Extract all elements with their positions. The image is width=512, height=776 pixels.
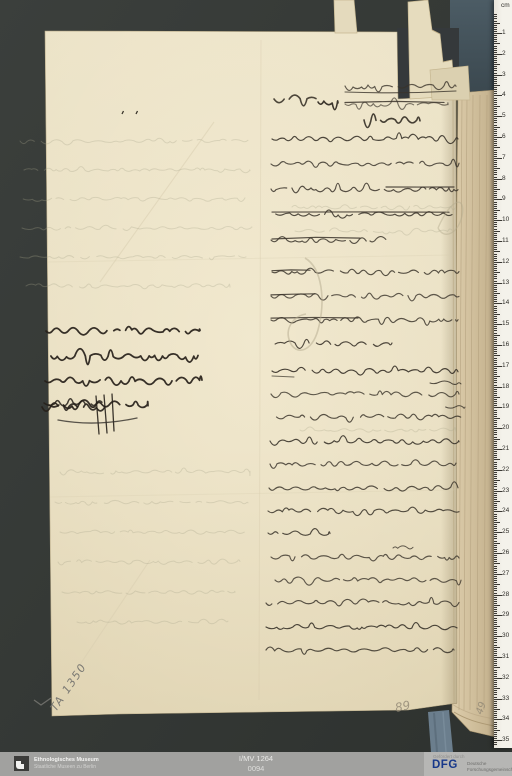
ruler-tick: [494, 266, 497, 267]
ruler-tick: [494, 717, 497, 718]
ruler-number: 16: [502, 342, 509, 349]
ruler-tick: [494, 362, 497, 363]
ruler-tick: [494, 278, 497, 279]
ruler-tick: [494, 368, 497, 369]
ruler-tick: [494, 434, 497, 435]
ruler-tick: [494, 680, 497, 681]
ruler-tick: [494, 638, 497, 639]
ruler-tick: [494, 728, 497, 729]
ruler-tick: [494, 95, 502, 96]
ruler-tick: [494, 661, 497, 662]
ruler-tick: [494, 588, 497, 589]
ruler-tick: [494, 570, 497, 571]
ruler-tick: [494, 220, 502, 221]
ruler-number: 29: [502, 612, 509, 619]
ruler-tick: [494, 509, 497, 510]
ruler-tick: [494, 522, 500, 523]
ruler-tick: [494, 106, 500, 107]
ruler-tick: [494, 70, 497, 71]
ruler-tick: [494, 110, 497, 111]
ruler-tick: [494, 91, 497, 92]
ruler-number: 11: [502, 238, 509, 245]
ruler: cm 1234567891011121314151617181920212223…: [494, 0, 512, 748]
ruler-tick: [494, 295, 497, 296]
footer-bar: Ethnologisches Museum Staatliche Museen …: [0, 752, 512, 776]
ruler-tick: [494, 52, 497, 53]
ruler-tick: [494, 688, 500, 689]
ruler-tick: [494, 118, 497, 119]
ruler-tick: [494, 87, 497, 88]
ruler-number: 23: [502, 488, 509, 495]
ruler-tick: [494, 287, 497, 288]
ruler-tick: [494, 50, 497, 51]
ruler-number: 32: [502, 675, 509, 682]
ruler-tick: [494, 507, 497, 508]
ruler-tick: [494, 478, 497, 479]
ruler-number: 6: [502, 134, 506, 141]
ruler-tick: [494, 393, 497, 394]
ruler-tick: [494, 202, 497, 203]
ruler-tick: [494, 449, 502, 450]
ruler-tick: [494, 405, 497, 406]
ruler-tick: [494, 229, 497, 230]
ruler-tick: [494, 474, 497, 475]
ruler-tick: [494, 314, 500, 315]
ruler-tick: [494, 60, 497, 61]
ruler-tick: [494, 620, 497, 621]
ruler-tick: [494, 37, 497, 38]
ruler-tick: [494, 120, 497, 121]
ruler-tick: [494, 709, 500, 710]
ruler-tick: [494, 177, 497, 178]
ruler-tick: [494, 179, 502, 180]
funder-name: Deutsche Forschungsgemeinschaft: [467, 761, 512, 772]
ruler-tick: [494, 659, 497, 660]
ruler-tick: [494, 649, 497, 650]
book-ribbon: [428, 710, 453, 752]
ruler-tick: [494, 168, 500, 169]
ruler-tick: [494, 89, 497, 90]
ruler-tick: [494, 724, 497, 725]
ruler-tick: [494, 39, 497, 40]
ruler-tick: [494, 199, 502, 200]
ruler-tick: [494, 16, 497, 17]
ruler-tick: [494, 27, 497, 28]
ruler-tick: [494, 239, 497, 240]
ruler-tick: [494, 156, 497, 157]
ruler-tick: [494, 547, 497, 548]
ruler-tick: [494, 645, 497, 646]
ruler-tick: [494, 655, 497, 656]
ruler-number: 31: [502, 654, 509, 661]
ruler-tick: [494, 135, 497, 136]
ruler-tick: [494, 410, 497, 411]
ruler-tick: [494, 553, 502, 554]
ruler-tick: [494, 127, 500, 128]
ruler-tick: [494, 601, 497, 602]
ruler-tick: [494, 468, 497, 469]
ruler-number: 7: [502, 155, 506, 162]
ruler-tick: [494, 407, 502, 408]
ruler-tick: [494, 470, 502, 471]
ruler-number: 10: [502, 217, 509, 224]
ruler-tick: [494, 328, 497, 329]
ruler-tick: [494, 43, 500, 44]
ruler-tick: [494, 131, 497, 132]
ruler-tick: [494, 707, 497, 708]
ruler-tick: [494, 133, 497, 134]
ruler-tick: [494, 154, 497, 155]
ruler-tick: [494, 366, 502, 367]
ruler-tick: [494, 451, 497, 452]
ruler-tick: [494, 172, 497, 173]
ruler-tick: [494, 208, 497, 209]
ruler-tick: [494, 445, 497, 446]
ruler-tick: [494, 233, 497, 234]
ruler-tick: [494, 663, 497, 664]
ruler-tick: [494, 640, 497, 641]
ruler-tick: [494, 555, 497, 556]
ruler-tick: [494, 374, 497, 375]
ruler-tick: [494, 520, 497, 521]
ruler-tick: [494, 549, 497, 550]
ruler-tick: [494, 624, 497, 625]
ruler-number: 8: [502, 176, 506, 183]
ruler-tick: [494, 722, 497, 723]
ruler-tick: [494, 678, 502, 679]
ruler-tick: [494, 264, 497, 265]
ruler-tick: [494, 170, 497, 171]
ruler-tick: [494, 426, 497, 427]
ruler-tick: [494, 226, 497, 227]
ruler-tick: [494, 56, 497, 57]
ruler-tick: [494, 489, 497, 490]
ruler-tick: [494, 503, 497, 504]
ruler-tick: [494, 345, 502, 346]
ruler-tick: [494, 516, 497, 517]
ruler-tick: [494, 424, 497, 425]
ruler-tick: [494, 605, 500, 606]
ruler-tick: [494, 713, 497, 714]
ruler-tick: [494, 603, 497, 604]
ruler-number: 14: [502, 300, 509, 307]
ruler-tick: [494, 715, 497, 716]
ruler-tick: [494, 580, 497, 581]
ruler-tick: [494, 611, 497, 612]
ruler-tick: [494, 511, 502, 512]
ruler-tick: [494, 437, 497, 438]
ruler-tick: [494, 744, 497, 745]
ruler-tick: [494, 416, 497, 417]
ruler-number: 21: [502, 446, 509, 453]
ruler-tick: [494, 193, 497, 194]
ruler-tick: [494, 576, 497, 577]
ruler-tick: [494, 686, 497, 687]
ruler-tick: [494, 582, 497, 583]
ruler-tick: [494, 293, 500, 294]
ruler-tick: [494, 430, 497, 431]
ruler-tick: [494, 482, 497, 483]
ruler-tick: [494, 578, 497, 579]
ruler-tick: [494, 742, 497, 743]
ruler-tick: [494, 530, 497, 531]
ruler-tick: [494, 216, 497, 217]
ruler-tick: [494, 397, 500, 398]
ruler-tick: [494, 245, 497, 246]
ruler-tick: [494, 335, 500, 336]
ruler-tick: [494, 54, 502, 55]
ruler-tick: [494, 480, 500, 481]
ruler-tick: [494, 204, 497, 205]
ruler-tick: [494, 164, 497, 165]
ruler-tick: [494, 112, 497, 113]
ruler-tick: [494, 283, 502, 284]
ruler-tick: [494, 73, 497, 74]
ruler-tick: [494, 453, 497, 454]
ruler-tick: [494, 401, 497, 402]
ruler-tick: [494, 380, 497, 381]
ruler-tick: [494, 378, 497, 379]
ruler-tick: [494, 81, 497, 82]
ruler-tick: [494, 432, 497, 433]
ruler-tick: [494, 21, 497, 22]
ruler-tick: [494, 235, 497, 236]
ruler-tick: [494, 730, 500, 731]
ruler-tick: [494, 46, 497, 47]
ruler-tick: [494, 626, 500, 627]
ruler-tick: [494, 634, 497, 635]
ruler-tick: [494, 231, 500, 232]
ruler-tick: [494, 387, 502, 388]
ruler-tick: [494, 618, 497, 619]
ruler-number: 20: [502, 425, 509, 432]
ruler-number: 4: [502, 92, 506, 99]
ruler-tick: [494, 122, 497, 123]
ruler-tick: [494, 609, 497, 610]
ruler-tick: [494, 584, 500, 585]
ruler-tick: [494, 518, 497, 519]
ruler-number: 5: [502, 113, 506, 120]
ruler-tick: [494, 162, 497, 163]
ruler-tick: [494, 262, 502, 263]
ruler-tick: [494, 632, 497, 633]
ruler-tick: [494, 129, 497, 130]
ruler-tick: [494, 391, 497, 392]
ruler-tick: [494, 326, 497, 327]
ruler-tick: [494, 376, 500, 377]
ruler-tick: [494, 441, 497, 442]
ruler-tick: [494, 455, 497, 456]
ruler-tick: [494, 551, 497, 552]
ruler-tick: [494, 347, 497, 348]
ruler-tick: [494, 224, 497, 225]
ruler-number: 2: [502, 51, 506, 58]
ruler-tick: [494, 260, 497, 261]
ruler-tick: [494, 25, 497, 26]
ruler-tick: [494, 447, 497, 448]
ruler-tick: [494, 276, 497, 277]
ruler-tick: [494, 330, 497, 331]
ruler-tick: [494, 590, 497, 591]
ruler-tick: [494, 291, 497, 292]
ruler-tick: [494, 595, 502, 596]
ruler-number: 3: [502, 72, 506, 79]
ruler-tick: [494, 566, 497, 567]
ruler-tick: [494, 206, 497, 207]
ruler-tick: [494, 382, 497, 383]
ruler-tick: [494, 41, 497, 42]
ruler-tick: [494, 212, 497, 213]
ruler-tick: [494, 58, 497, 59]
ruler-tick: [494, 672, 497, 673]
ruler-tick: [494, 139, 497, 140]
ruler-tick: [494, 476, 497, 477]
ruler-tick: [494, 495, 497, 496]
ruler-tick: [494, 351, 497, 352]
ruler-tick: [494, 114, 497, 115]
ruler-tick: [494, 670, 497, 671]
ruler-tick: [494, 285, 497, 286]
ruler-tick: [494, 734, 497, 735]
ruler-tick: [494, 740, 502, 741]
ruler-tick: [494, 349, 497, 350]
ruler-tick: [494, 561, 497, 562]
ruler-tick: [494, 152, 497, 153]
ruler-tick: [494, 160, 497, 161]
ruler-tick: [494, 29, 497, 30]
ruler-tick: [494, 653, 497, 654]
ruler-tick: [494, 726, 497, 727]
ruler-tick: [494, 667, 500, 668]
ruler-tick: [494, 251, 500, 252]
ruler-tick: [494, 395, 497, 396]
ruler-tick: [494, 270, 497, 271]
digitized-manuscript-view: TA 1350 89 49 cm 12345678910111213141516…: [0, 0, 512, 776]
ruler-tick: [494, 694, 497, 695]
ruler-tick: [494, 64, 500, 65]
ruler-tick: [494, 66, 497, 67]
ruler-tick: [494, 281, 497, 282]
ruler-tick: [494, 308, 497, 309]
ruler-tick: [494, 532, 502, 533]
ruler-tick: [494, 187, 497, 188]
funding-panel: Gefördert durch DFG Deutsche Forschungsg…: [424, 752, 512, 776]
ruler-tick: [494, 318, 497, 319]
ruler-tick: [494, 428, 502, 429]
ruler-tick: [494, 183, 497, 184]
ruler-number: 26: [502, 550, 509, 557]
ruler-tick: [494, 599, 497, 600]
ruler-tick: [494, 358, 497, 359]
ruler-tick: [494, 505, 497, 506]
ruler-number: 30: [502, 633, 509, 640]
ruler-tick: [494, 210, 500, 211]
ruler-tick: [494, 524, 497, 525]
ruler-tick: [494, 79, 497, 80]
ruler-tick: [494, 628, 497, 629]
ruler-number: 34: [502, 716, 509, 723]
ruler-tick: [494, 218, 497, 219]
ruler-tick: [494, 676, 497, 677]
ruler-tick: [494, 568, 497, 569]
ruler-tick: [494, 116, 502, 117]
ruler-tick: [494, 364, 497, 365]
ruler-number: 15: [502, 321, 509, 328]
ruler-tick: [494, 586, 497, 587]
ruler-number: 28: [502, 592, 509, 599]
ruler-tick: [494, 274, 497, 275]
ruler-tick: [494, 420, 497, 421]
ruler-tick: [494, 630, 497, 631]
ruler-tick: [494, 403, 497, 404]
ruler-tick: [494, 247, 497, 248]
ruler-tick: [494, 697, 497, 698]
ruler-tick: [494, 493, 497, 494]
ruler-tick: [494, 158, 502, 159]
ruler-tick: [494, 189, 500, 190]
ruler-tick: [494, 360, 497, 361]
ruler-tick: [494, 572, 497, 573]
ruler-tick: [494, 418, 500, 419]
ruler-tick: [494, 657, 502, 658]
dfg-logo: DFG: [432, 759, 458, 771]
ruler-tick: [494, 310, 497, 311]
manuscript-page: [45, 31, 457, 716]
ruler-tick: [494, 674, 497, 675]
ruler-tick: [494, 514, 497, 515]
ruler-tick: [494, 333, 497, 334]
ruler-tick: [494, 195, 497, 196]
ruler-tick: [494, 31, 497, 32]
ruler-tick: [494, 545, 497, 546]
ruler-tick: [494, 472, 497, 473]
ruler-tick: [494, 399, 497, 400]
ruler-tick: [494, 699, 502, 700]
ruler-tick: [494, 736, 497, 737]
ruler-tick: [494, 613, 497, 614]
ruler-tick: [494, 534, 497, 535]
ruler-tick: [494, 622, 497, 623]
ruler-number: 13: [502, 280, 509, 287]
ruler-tick: [494, 705, 497, 706]
ruler-tick: [494, 597, 497, 598]
ruler-number: 17: [502, 363, 509, 370]
ruler-tick: [494, 254, 497, 255]
manuscript-photo: TA 1350 89 49: [0, 0, 512, 752]
ruler-tick: [494, 703, 497, 704]
ruler-tick: [494, 147, 500, 148]
ruler-tick: [494, 85, 500, 86]
ruler-tick: [494, 642, 497, 643]
ruler-tick: [494, 14, 497, 15]
ruler-tick: [494, 682, 497, 683]
ruler-tick: [494, 68, 497, 69]
ruler-tick: [494, 486, 497, 487]
ruler-tick: [494, 466, 497, 467]
ruler-tick: [494, 343, 497, 344]
ruler-number: 1: [502, 30, 506, 37]
ruler-tick: [494, 214, 497, 215]
ruler-tick: [494, 272, 500, 273]
ruler-tick: [494, 341, 497, 342]
ruler-tick: [494, 647, 500, 648]
ruler-tick: [494, 337, 497, 338]
ruler-tick: [494, 385, 497, 386]
ruler-tick: [494, 258, 497, 259]
ruler-tick: [494, 237, 497, 238]
ruler-tick: [494, 464, 497, 465]
ruler-tick: [494, 174, 497, 175]
